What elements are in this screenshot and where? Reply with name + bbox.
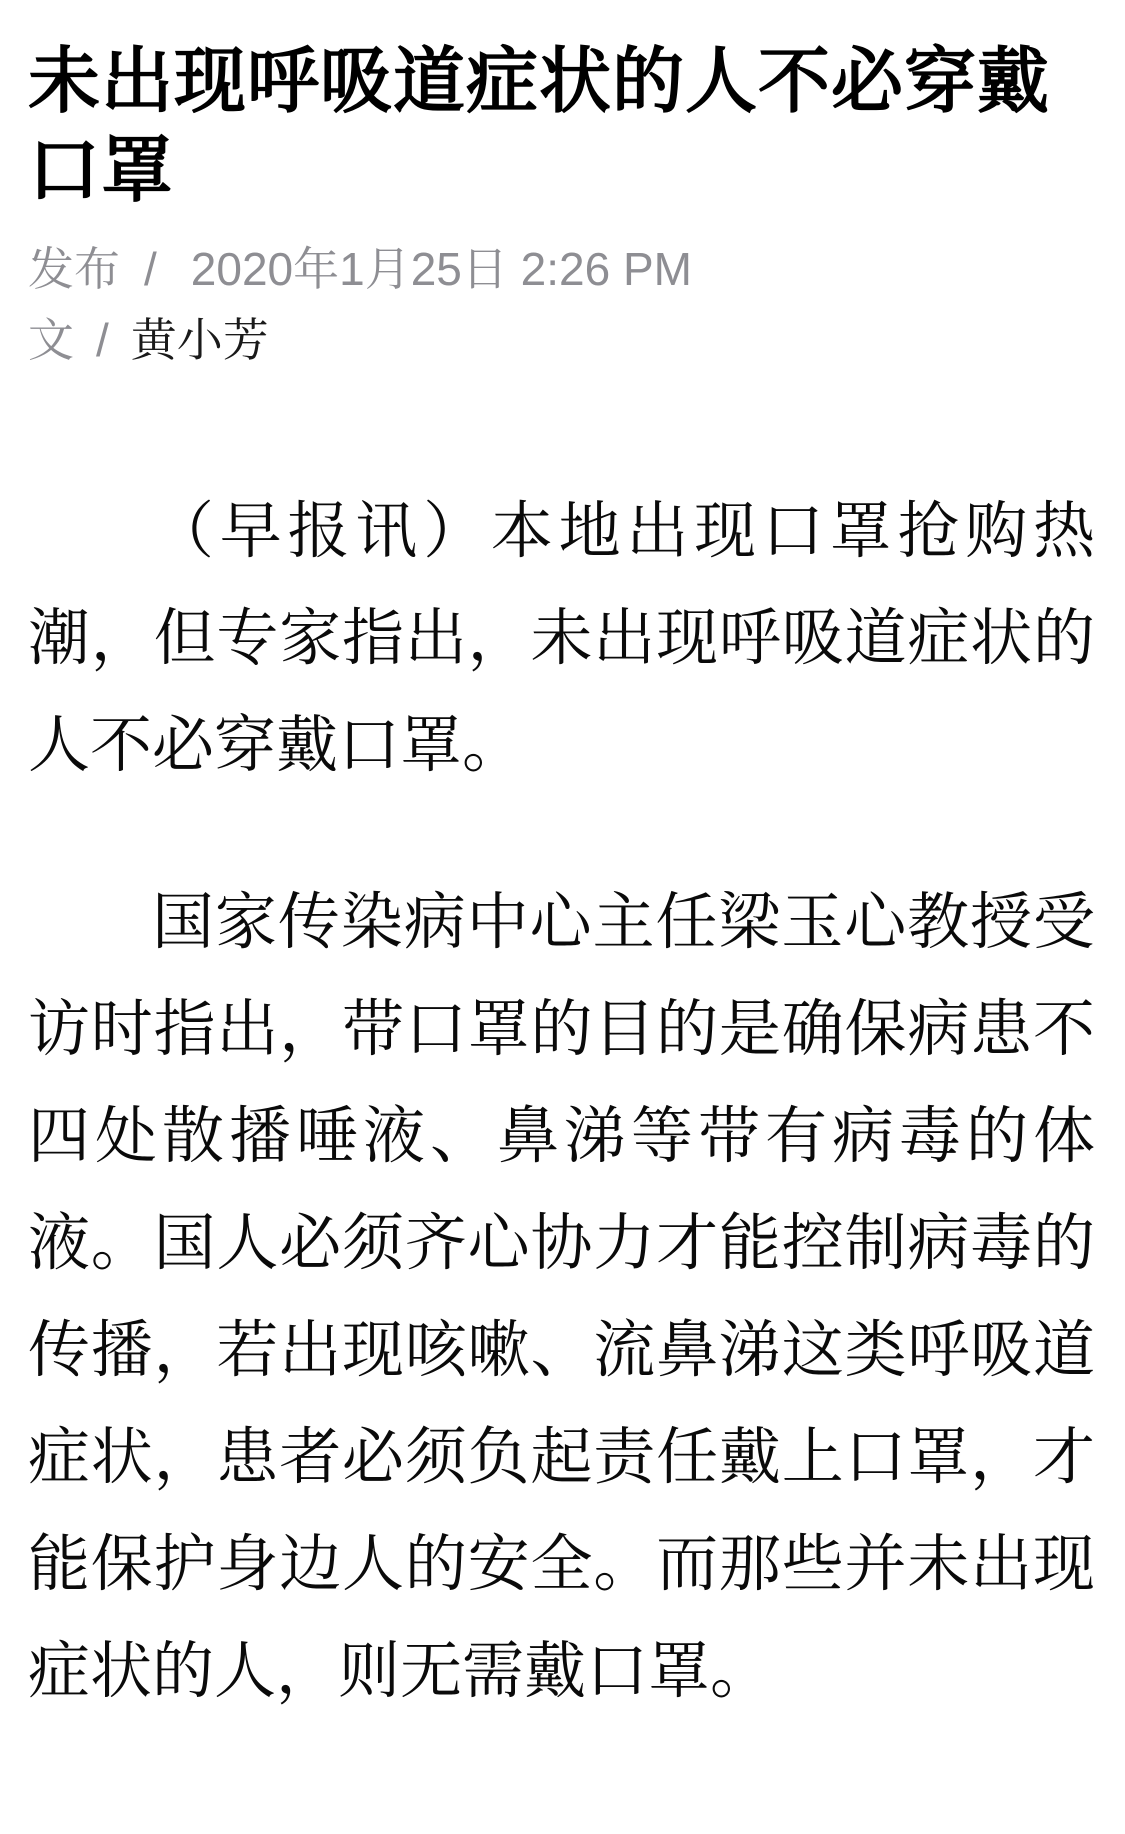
paragraph-2: 国家传染病中心主任梁玉心教授受访时指出，带口罩的目的是确保病患不四处散播唾液、鼻… <box>28 869 1095 1725</box>
article-title: 未出现呼吸道症状的人不必穿戴口罩 <box>28 38 1095 216</box>
article-body: （早报讯）本地出现口罩抢购热潮，但专家指出，未出现呼吸道症状的人不必穿戴口罩。 … <box>28 376 1095 1725</box>
article-page: 未出现呼吸道症状的人不必穿戴口罩 发布/2020年1月25日 2:26 PM 文… <box>0 0 1125 1834</box>
published-separator: / <box>144 234 157 305</box>
byline-label: 文 <box>28 314 74 366</box>
byline-separator: / <box>96 305 109 376</box>
byline: 文/黄小芳 <box>28 305 1095 376</box>
published-line: 发布/2020年1月25日 2:26 PM <box>28 234 1095 305</box>
article: 未出现呼吸道症状的人不必穿戴口罩 发布/2020年1月25日 2:26 PM 文… <box>28 38 1095 1725</box>
author-name: 黄小芳 <box>131 314 269 366</box>
published-label: 发布 <box>28 243 120 295</box>
published-datetime: 2020年1月25日 2:26 PM <box>191 243 692 295</box>
paragraph-1: （早报讯）本地出现口罩抢购热潮，但专家指出，未出现呼吸道症状的人不必穿戴口罩。 <box>28 478 1095 799</box>
